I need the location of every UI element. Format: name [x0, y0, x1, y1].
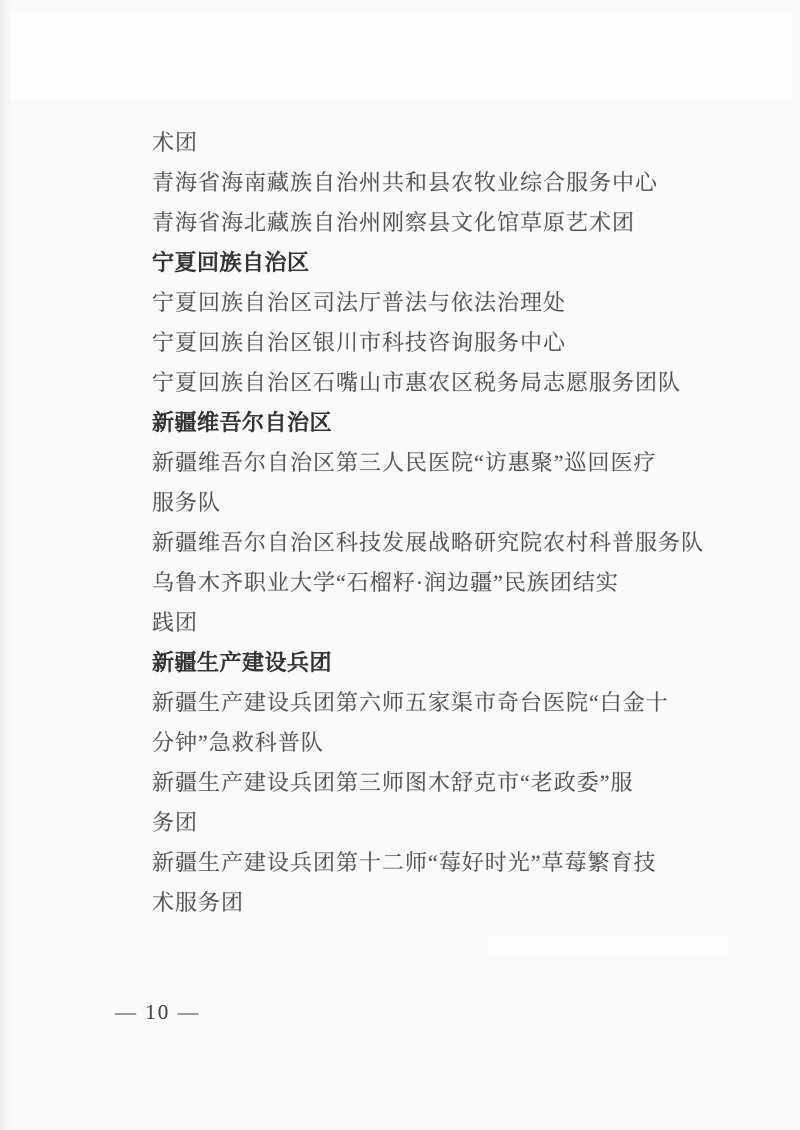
list-line: 乌鲁木齐职业大学“石榴籽·润边疆”民族团结实: [152, 563, 732, 603]
list-line: 青海省海南藏族自治州共和县农牧业综合服务中心: [152, 163, 732, 203]
page-number: — 10 —: [115, 1000, 201, 1025]
list-line: 新疆生产建设兵团第十二师“莓好时光”草莓繁育技: [152, 843, 732, 883]
list-line: 新疆维吾尔自治区第三人民医院“访惠聚”巡回医疗: [152, 443, 732, 483]
list-line: 新疆维吾尔自治区科技发展战略研究院农村科普服务队: [152, 523, 732, 563]
list-line: 宁夏回族自治区司法厅普法与依法治理处: [152, 283, 732, 323]
list-line: 宁夏回族自治区银川市科技咨询服务中心: [152, 323, 732, 363]
list-line-wrapped: 践团: [152, 603, 732, 643]
organization-list: 术团 青海省海南藏族自治州共和县农牧业综合服务中心 青海省海北藏族自治州刚察县文…: [152, 123, 732, 923]
section-heading-ningxia: 宁夏回族自治区: [152, 243, 732, 283]
list-line-wrapped: 服务队: [152, 483, 732, 523]
list-line-wrapped: 务团: [152, 803, 732, 843]
scan-artifact-patch: [488, 936, 728, 958]
list-line: 新疆生产建设兵团第六师五家渠市奇台医院“白金十: [152, 683, 732, 723]
list-line: 新疆生产建设兵团第三师图木舒克市“老政委”服: [152, 763, 732, 803]
section-heading-xinjiang: 新疆维吾尔自治区: [152, 403, 732, 443]
list-line: 宁夏回族自治区石嘴山市惠农区税务局志愿服务团队: [152, 363, 732, 403]
list-line-wrapped: 术团: [152, 123, 732, 163]
list-line: 青海省海北藏族自治州刚察县文化馆草原艺术团: [152, 203, 732, 243]
list-line-wrapped: 术服务团: [152, 883, 732, 923]
list-line-wrapped: 分钟”急救科普队: [152, 723, 732, 763]
scan-artifact-top-band: [10, 12, 792, 98]
section-heading-bingtuan: 新疆生产建设兵团: [152, 643, 732, 683]
scan-artifact-left-edge: [0, 0, 12, 1130]
document-page: 术团 青海省海南藏族自治州共和县农牧业综合服务中心 青海省海北藏族自治州刚察县文…: [0, 0, 800, 1130]
